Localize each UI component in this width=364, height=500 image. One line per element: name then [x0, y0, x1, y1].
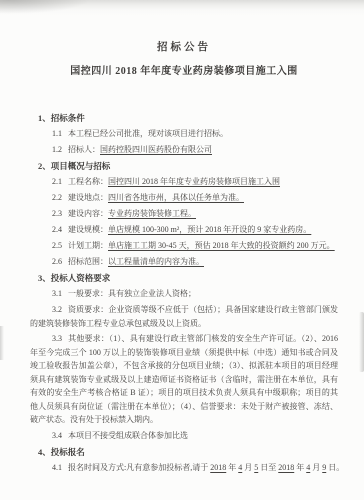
clause-1-1: 1.1本工程已经公司批准，现对该项目进行招标。: [30, 127, 338, 141]
clause-text: 年: [226, 463, 238, 472]
clause-text: 日。: [326, 463, 344, 472]
section-4-heading: 4、投标报名: [30, 445, 338, 459]
section-3-heading: 3、投标人资格要求: [30, 271, 338, 285]
clause-number: 1.1: [52, 129, 62, 138]
clause-2-5: 2.5计划工期：单店施工工期 30-45 天，预估 2018 年大致的投资额约 …: [30, 239, 338, 253]
clause-3-4: 3.4本项目不接受组成联合体参加比选: [30, 429, 338, 443]
clause-number: 2.5: [52, 241, 62, 250]
clause-2-1: 2.1工程名称：国控四川 2018 年年度专业药房装修项目施工入围: [30, 175, 338, 189]
clause-3-3: 3.3其他要求：（1）、具有建设行政主管部门核发的安全生产许可证。（2）、201…: [30, 332, 338, 427]
clause-label: 招标人：: [68, 145, 100, 154]
clause-number: 3.3: [52, 334, 62, 343]
clause-number: 3.1: [52, 289, 62, 298]
clause-1-2: 1.2招标人：国药控股四川医药股份有限公司: [30, 143, 338, 157]
document-title: 招标公告: [30, 42, 338, 54]
clause-text: 其他要求：（1）、具有建设行政主管部门核发的安全生产许可证。（2）、2016 年…: [30, 334, 338, 424]
clause-text: 月: [310, 463, 322, 472]
clause-number: 2.4: [52, 225, 62, 234]
clause-number: 2.2: [52, 193, 62, 202]
document-subtitle: 国控四川 2018 年年度专业药房装修项目施工入围: [30, 66, 338, 78]
clause-value: 国控四川 2018 年年度专业药房装修项目施工入围: [108, 177, 280, 186]
clause-text: 报名时间及方式:凡有意参加投标者,请于: [68, 463, 210, 472]
clause-text: 一般要求：具有独立企业法人资格；: [68, 289, 196, 298]
clause-3-2: 3.2资质要求：企业资质等级不应低于（包括）；具备国家建设行政主管部门颁发的建筑…: [30, 303, 338, 330]
clause-value: 单店规模 100-300 m²，预计 2018 年开设的 9 家专业药房。: [108, 225, 311, 234]
clause-3-1: 3.1一般要求：具有独立企业法人资格；: [30, 287, 338, 301]
clause-number: 2.6: [52, 257, 62, 266]
clause-number: 2.1: [52, 177, 62, 186]
clause-value: 专业药房装饰装修工程。: [108, 209, 196, 218]
scan-artifact-right: [359, 312, 364, 372]
clause-label: 建设规模：: [68, 225, 108, 234]
scanned-document-page: 招标公告 国控四川 2018 年年度专业药房装修项目施工入围 1、招标条件 1.…: [0, 0, 364, 500]
clause-label: 建设内容：: [68, 209, 108, 218]
clause-text: 年: [294, 463, 306, 472]
clause-label: 建设地点：: [68, 193, 108, 202]
clause-value: 国药控股四川医药股份有限公司: [100, 145, 212, 154]
clause-2-6: 2.6招标范围：以工程量清单的内容为准。: [30, 255, 338, 269]
clause-2-2: 2.2建设地点：四川省各地市州，具体以任务单为准。: [30, 191, 338, 205]
scan-shadow-top: [0, 0, 364, 16]
clause-text: 本项目不接受组成联合体参加比选: [68, 431, 188, 440]
clause-label: 工程名称：: [68, 177, 108, 186]
date-year-start: 2018: [210, 463, 226, 472]
clause-text: 资质要求：企业资质等级不应低于（包括）；具备国家建设行政主管部门颁发的建筑装修装…: [30, 305, 338, 328]
clause-text: 日至: [258, 463, 278, 472]
clause-number: 3.4: [52, 431, 62, 440]
clause-number: 1.2: [52, 145, 62, 154]
scan-artifact-left: [0, 326, 4, 360]
clause-label: 计划工期：: [68, 241, 108, 250]
clause-number: 3.2: [52, 305, 62, 314]
clause-number: 4.1: [52, 463, 62, 472]
clause-2-3: 2.3建设内容：专业药房装饰装修工程。: [30, 207, 338, 221]
section-2-heading: 2、项目概况与招标: [30, 159, 338, 173]
document-content: 招标公告 国控四川 2018 年年度专业药房装修项目施工入围 1、招标条件 1.…: [30, 42, 338, 475]
clause-value: 四川省各地市州，具体以任务单为准。: [108, 193, 244, 202]
clause-value: 以工程量清单的内容为准。: [108, 257, 204, 266]
clause-4-1: 4.1报名时间及方式:凡有意参加投标者,请于 2018 年 4 月 5 日至 2…: [30, 461, 338, 475]
clause-text: 月: [242, 463, 254, 472]
clause-label: 招标范围：: [68, 257, 108, 266]
clause-2-4: 2.4建设规模：单店规模 100-300 m²，预计 2018 年开设的 9 家…: [30, 223, 338, 237]
section-1-heading: 1、招标条件: [30, 111, 338, 125]
clause-value: 单店施工工期 30-45 天，预估 2018 年大致的投资额约 200 万元。: [108, 241, 335, 250]
clause-text: 本工程已经公司批准，现对该项目进行招标。: [68, 129, 228, 138]
scan-smudge-top-left: [0, 0, 90, 14]
clause-number: 2.3: [52, 209, 62, 218]
date-year-end: 2018: [278, 463, 294, 472]
